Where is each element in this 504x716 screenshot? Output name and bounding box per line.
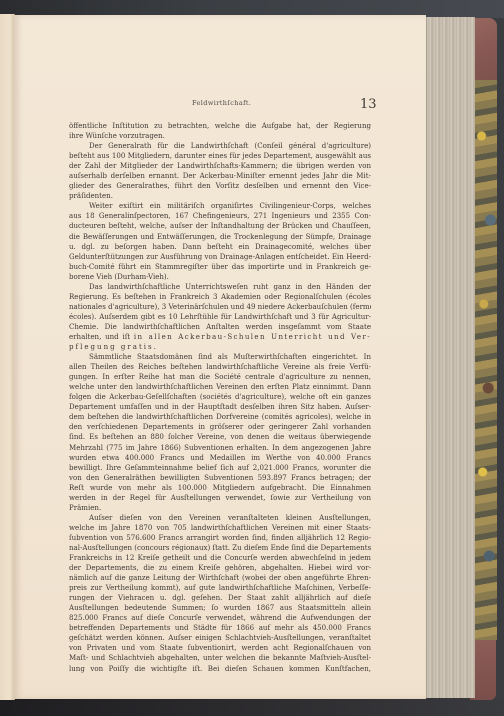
text-line: écoles). Auſserdem gibt es 10 Lehrſtühle…	[69, 312, 371, 322]
text-line: ihre Wünſche vorzutragen.	[69, 131, 371, 141]
text-line: welche unter den landwirthſchaftlichen V…	[69, 382, 371, 392]
text-line: ducteuren beſteht, welche, auſser der In…	[69, 221, 371, 231]
text-line: Sämmtliche Staatsdomänen ſind als Muſter…	[69, 352, 371, 362]
text-line: nal-Ausſtellungen (concours régionaux) ſ…	[69, 543, 371, 553]
text-line: werden in der Regel für Ausſtellungen ve…	[69, 493, 371, 503]
text-line: gungen. In erſter Reihe hat man die Soci…	[69, 372, 371, 382]
text-line: ſubvention von 576.600 Francs arrangirt …	[69, 533, 371, 543]
text-line: die Bewäſſerungen und Entwäſſerungen, di…	[69, 232, 371, 242]
text-line: folgen die Ackerbau-Geſellſchaften (soci…	[69, 392, 371, 402]
text-line: von Privaten und vom Staate ſubventionir…	[69, 643, 371, 653]
text-line: der Zahl der Mitglieder der Landwirthſch…	[69, 161, 371, 171]
page-number: 13	[360, 97, 377, 112]
text-line: nationales d'agriculture), 3 Veterinärſc…	[69, 302, 371, 312]
text-line: den verſchiedenen Departements in gröſse…	[69, 422, 371, 432]
running-head: Feldwirthſchaft.	[192, 99, 251, 107]
text-line: erhalten, und iſt in allen Ackerbau-Schu…	[69, 332, 371, 342]
text-line: Das landwirthſchaftliche Unterrichtsweſe…	[69, 282, 371, 292]
book-page: Feldwirthſchaft. 13 öffentliche Inſtitut…	[14, 15, 426, 699]
text-line: welche im Jahre 1870 von 705 landwirthſc…	[69, 523, 371, 533]
text-line: Regierung. Es beſtehen in Frankreich 3 A…	[69, 292, 371, 302]
text-line: betreffenden Departements und Städte für…	[69, 623, 371, 633]
text-line: präſidenten.	[69, 191, 371, 201]
text-line: Reſt wurde von mehr als 100.000 Mitglied…	[69, 483, 371, 493]
text-line: rungen der Viehracen u. dgl. geſehen. De…	[69, 593, 371, 603]
text-line: dem beſtehen die landwirthſchaftlichen D…	[69, 412, 371, 422]
text-line: ſind. Es beſtehen an 880 ſolcher Vereine…	[69, 432, 371, 442]
text-line: lung von Poiſſy die wichtigſte iſt. Bei …	[69, 664, 371, 674]
body-text: öffentliche Inſtitution zu betrachten, w…	[69, 121, 371, 674]
text-line: der Departements, die zu einem Kreiſe ge…	[69, 563, 371, 573]
text-line: auſserhalb derſelben ernannt. Der Ackerb…	[69, 171, 371, 181]
text-line: beſteht aus 100 Mitgliedern, darunter ei…	[69, 151, 371, 161]
emphasis-spaced-text: in allen Ackerbau-Schulen Unterricht und…	[134, 332, 371, 341]
text-line: Mehrzahl (775 im Jahre 1866) Subventione…	[69, 443, 371, 453]
facing-page-edge	[0, 14, 15, 700]
text-line: Frankreichs in 12 Kreiſe getheilt und di…	[69, 553, 371, 563]
text-line: von den Generalräthen bewilligten Subven…	[69, 473, 371, 483]
text-line: Departement umfaſſen und in der Hauptſta…	[69, 402, 371, 412]
text-line: geſchätzt werden können. Auſser einigen …	[69, 633, 371, 643]
text-line: öffentliche Inſtitution zu betrachten, w…	[69, 121, 371, 131]
text-line: buch-Comité führt ein Stammregiſter über…	[69, 262, 371, 272]
background-bottom	[0, 698, 504, 716]
text-line: nämlich auf die ganze Leitung der Wirthſ…	[69, 573, 371, 583]
text-line: u. dgl. zu beſorgen haben. Dann beſteht …	[69, 242, 371, 252]
text-line: glieder des Generalrathes, führt den Vor…	[69, 181, 371, 191]
text-line: bewilligt. Ihre Geſammteinnahme belief ſ…	[69, 463, 371, 473]
text-line: Chemie. Die landwirthſchaftlichen Anſtal…	[69, 322, 371, 332]
text-line: Der Generalrath für die Landwirthſchaft …	[69, 141, 371, 151]
text-line: wurden etwa 400.000 Francs und Medaillen…	[69, 453, 371, 463]
text-line: pflegung gratis.	[69, 342, 371, 352]
page-fore-edge	[426, 17, 475, 698]
text-line: Ausſtellungen bedeutende Summen; ſo wurd…	[69, 603, 371, 613]
text-line: preis zur Vertheilung kommt), auf gute l…	[69, 583, 371, 593]
text-line: allen Theilen des Reiches beſtehen landw…	[69, 362, 371, 372]
text-line: Geldunterſtützungen zur Ausführung von D…	[69, 252, 371, 262]
text-line: Maſt- und Schlachtvieh abgehalten, unter…	[69, 653, 371, 663]
text-line: 825.000 Francs auf dieſe Concurſe verwen…	[69, 613, 371, 623]
text-line: Weiter exiſtirt ein militäriſch organiſi…	[69, 201, 371, 211]
text-line: aus 18 Generalinſpectoren, 167 Chefingen…	[69, 211, 371, 221]
text-line: borene Vieh (Durham-Vieh).	[69, 272, 371, 282]
text-line: Auſser dieſen von den Vereinen veranſtal…	[69, 513, 371, 523]
text-line: Prämien.	[69, 503, 371, 513]
book-cover-marbled-board	[475, 80, 497, 640]
